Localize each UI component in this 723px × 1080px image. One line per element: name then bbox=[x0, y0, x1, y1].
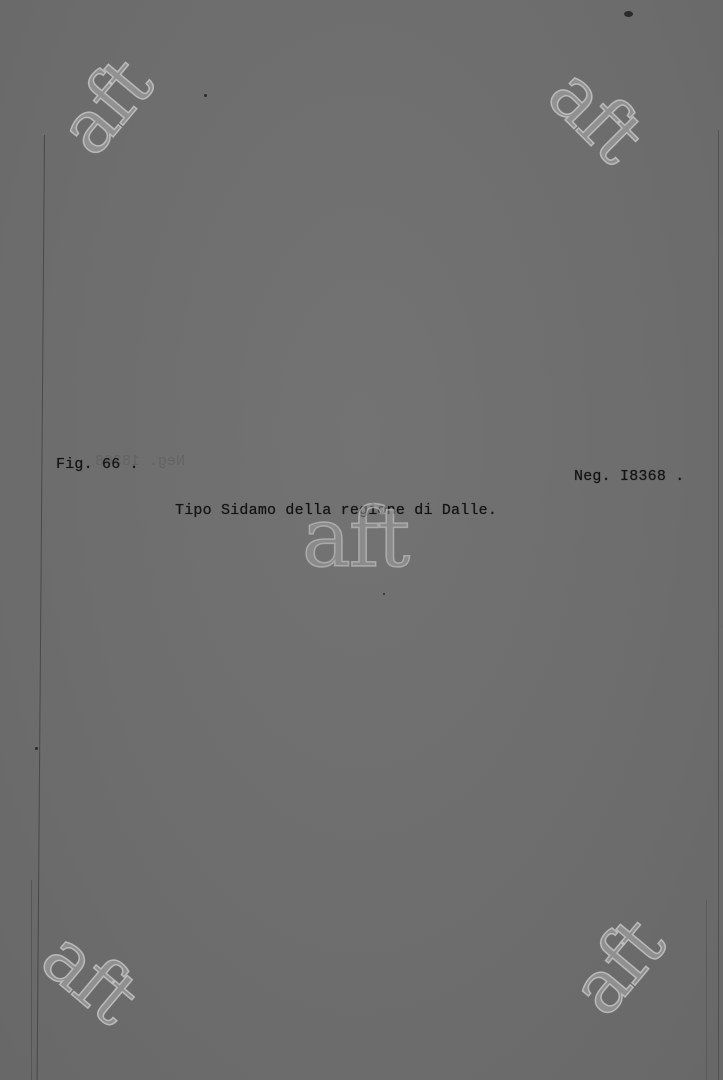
card-left-edge-line bbox=[37, 135, 45, 1080]
watermark-center: aft bbox=[302, 498, 408, 580]
watermark-top-left: aft bbox=[47, 47, 165, 168]
dust-speck bbox=[35, 747, 38, 750]
watermark-bottom-left: aft bbox=[29, 918, 150, 1036]
dust-speck bbox=[204, 94, 207, 97]
figure-number: Fig. 66 . bbox=[56, 456, 139, 473]
scanned-archive-card: aft aft aft aft Neg. 18368 Fig. 66 . Neg… bbox=[0, 0, 723, 1080]
watermark-bottom-right: aft bbox=[559, 907, 677, 1028]
dust-speck bbox=[624, 11, 633, 17]
negative-number: Neg. I8368 . bbox=[574, 468, 684, 485]
card-right-edge-line bbox=[718, 130, 719, 1080]
dust-speck bbox=[383, 593, 385, 595]
watermark-top-right: aft bbox=[536, 55, 656, 175]
card-right-edge-shadow bbox=[706, 900, 707, 1080]
